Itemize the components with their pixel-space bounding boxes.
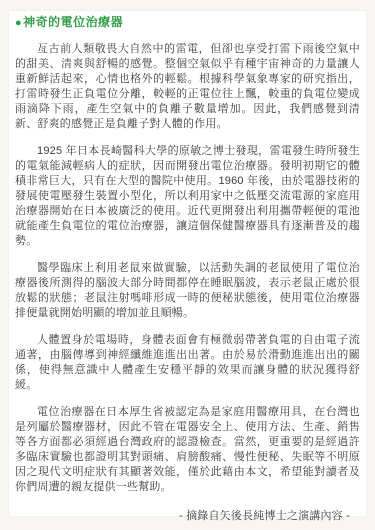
article-body: 亙古前人類敬畏大自然中的雷電，但卻也享受打雷下雨後空氣中的甜美、清爽與舒暢的感覺…	[15, 42, 360, 495]
attribution-line: - 摘錄自矢後長純博士之演講內容 -	[15, 509, 360, 524]
article-title-text: 神奇的電位治療器	[23, 15, 123, 29]
article-card: ●神奇的電位治療器 亙古前人類敬畏大自然中的雷電，但卻也享受打雷下雨後空氣中的甜…	[9, 11, 366, 516]
article-title: ●神奇的電位治療器	[15, 14, 360, 31]
paragraph-certification-benefits: 電位治療器在日本厚生省被認定為是家庭用醫療用具，在台灣也是列屬於醫療器材，因此不…	[15, 405, 360, 495]
paragraph-mouse-experiment: 醫學臨床上利用老鼠來做實驗，以活動失調的老鼠使用了電位治療器後所測得的腦波大部分…	[15, 261, 360, 321]
bullet-icon: ●	[15, 17, 22, 29]
paragraph-thunder-intro: 亙古前人類敬畏大自然中的雷電，但卻也享受打雷下雨後空氣中的甜美、清爽與舒暢的感覺…	[15, 42, 360, 132]
paragraph-electric-field-effect: 人體置身於電場時，身體表面會有極微弱帶著負電的自由電子流通著，由腦傳導到神經纖維…	[15, 333, 360, 393]
paragraph-device-history: 1925 年日本長崎醫科大學的原敏之博士發現，雷電發生時所發生的電氣能減輕病人的…	[15, 144, 360, 249]
